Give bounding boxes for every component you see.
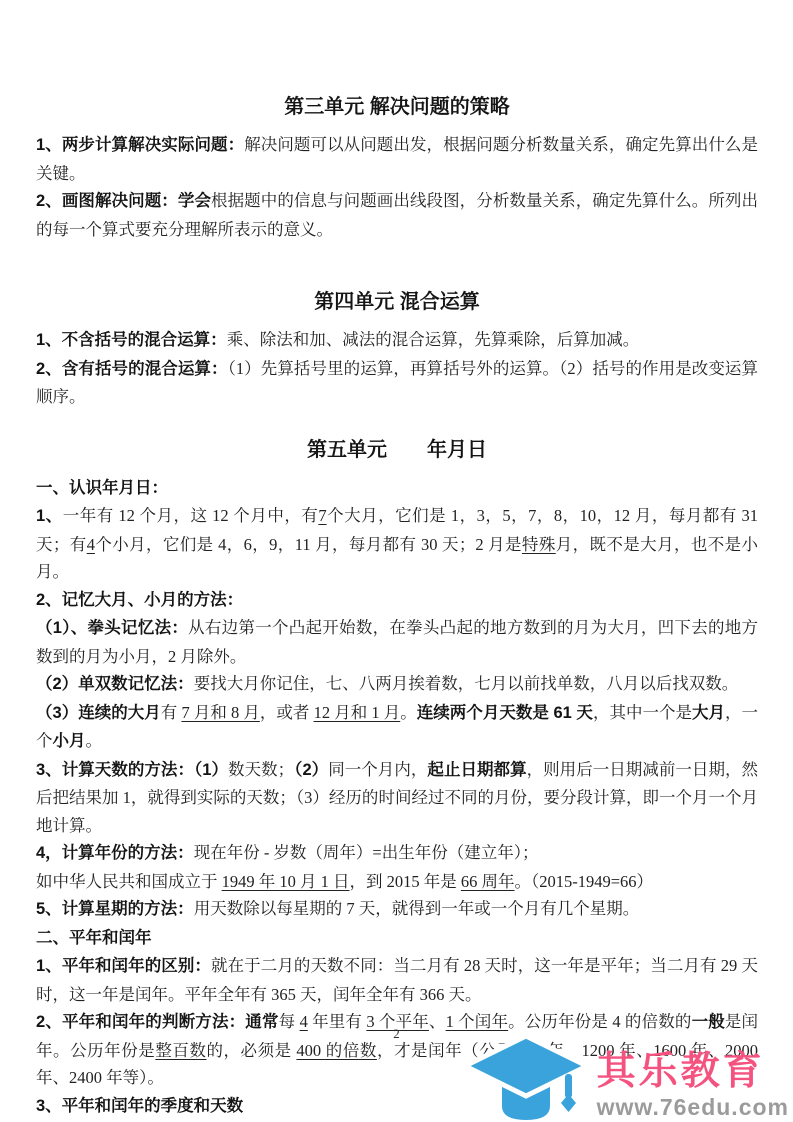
text-run: 同一个月内，	[328, 760, 427, 779]
brand-name: 其乐教育	[597, 1050, 765, 1094]
paragraph: 2、画图解决问题：学会根据题中的信息与问题画出线段图，分析数量关系，确定先算什么…	[36, 187, 758, 243]
paragraph: 1、不含括号的混合运算：乘、除法和加、减法的混合运算，先算乘除，后算加减。	[36, 326, 758, 355]
paragraph: （3）连续的大月有 7 月和 8 月，或者 12 月和 1 月。连续两个月天数是…	[36, 699, 758, 756]
paragraph: 2、记忆大月、小月的方法：	[36, 586, 758, 615]
section-3: 第五单元 年月日一、认识年月日：1、一年有 12 个月，这 12 个月中，有7个…	[36, 437, 758, 1121]
text-run: 如中华人民共和国成立于	[36, 872, 222, 891]
bold-run: （1）	[194, 761, 228, 779]
paragraph: 1、两步计算解决实际问题：解决问题可以从问题出发，根据问题分析数量关系，确定先算…	[36, 131, 758, 187]
section-2: 第四单元 混合运算1、不含括号的混合运算：乘、除法和加、减法的混合运算，先算乘除…	[36, 289, 758, 411]
underline-run: 66 周年	[461, 872, 515, 891]
paragraph: 4，计算年份的方法：现在年份 - 岁数（周年）=出生年份（建立年）；	[36, 839, 758, 868]
underline-run: 4	[87, 535, 95, 554]
paragraph: 2、含有括号的混合运算：（1）先算括号里的运算，再算括号外的运算。（2）括号的作…	[36, 355, 758, 411]
text-run: 。	[86, 731, 103, 750]
bold-run: 1、不含括号的混合运算：	[36, 331, 227, 349]
brand-text: 其乐教育 www.76edu.com	[597, 1050, 789, 1122]
text-run: 有	[161, 703, 182, 722]
bold-run: 起止日期都算	[427, 761, 526, 779]
text-run: ，到 2015 年是	[350, 872, 461, 891]
bold-run: 3、计算天数的方法：	[36, 761, 194, 779]
bold-run: 一、认识年月日：	[36, 479, 168, 497]
bold-run: 5、计算星期的方法：	[36, 900, 194, 918]
paragraph: 3、计算天数的方法：（1）数天数；（2）同一个月内，起止日期都算，则用后一日期减…	[36, 756, 758, 840]
bold-run: 二、平年和闰年	[36, 929, 152, 947]
bold-run: 1、平年和闰年的区别：	[36, 957, 211, 975]
text-run: ，其中一个是	[593, 703, 692, 722]
text-run: 一年有 12 个月，这 12 个月中，有	[63, 506, 319, 525]
text-run: 数天数；	[228, 760, 294, 779]
paragraph: 一、认识年月日：	[36, 474, 758, 503]
text-run: 。	[400, 703, 417, 722]
bold-run: （2）单双数记忆法：	[36, 675, 194, 693]
graduation-cap-icon	[461, 1034, 591, 1122]
bold-run: 大月	[692, 704, 725, 722]
text-run: 乘、除法和加、减法的混合运算，先算乘除，后算加减。	[227, 330, 640, 349]
paragraph: （2）单双数记忆法：要找大月你记住，七、八两月挨着数，七月以前找单数，八月以后找…	[36, 670, 758, 699]
bold-run: （3）连续的大月	[36, 704, 161, 722]
bold-run: 连续两个月天数是 61 天	[417, 704, 593, 722]
underline-run: 7	[318, 506, 326, 525]
bold-run: （2）	[294, 761, 328, 779]
brand-website: www.76edu.com	[597, 1094, 789, 1120]
section-title: 第五单元 年月日	[36, 437, 758, 463]
bold-run: 1、两步计算解决实际问题：	[36, 136, 244, 154]
section-title: 第三单元 解决问题的策略	[36, 94, 758, 120]
bold-run: 2、含有括号的混合运算：	[36, 360, 228, 378]
underline-run: 整百数	[155, 1041, 206, 1060]
section-1: 第三单元 解决问题的策略1、两步计算解决实际问题：解决问题可以从问题出发，根据问…	[36, 94, 758, 243]
text-run: 个小月，它们是 4，6，9，11 月，每月都有 30 天；2 月是	[95, 535, 522, 554]
underline-run: 特殊	[522, 535, 556, 554]
underline-run: 7 月和 8 月	[181, 703, 259, 722]
bold-run: 小月	[53, 732, 86, 750]
bold-run: 1、	[36, 507, 63, 525]
bold-run: 2、画图解决问题：学会	[36, 192, 211, 210]
brand-logo: 其乐教育 www.76edu.com	[461, 1034, 789, 1122]
underline-run: 400 的倍数	[296, 1041, 377, 1060]
underline-run: 1949 年 10 月 1 日	[222, 872, 350, 891]
bold-run: 2、记忆大月、小月的方法：	[36, 591, 243, 609]
section-title: 第四单元 混合运算	[36, 289, 758, 315]
paragraph: 二、平年和闰年	[36, 924, 758, 953]
underline-run: 12 月和 1 月	[314, 703, 401, 722]
document-content: 第三单元 解决问题的策略1、两步计算解决实际问题：解决问题可以从问题出发，根据问…	[36, 94, 758, 1120]
text-run: 用天数除以每星期的 7 天，就得到一年或一个月有几个星期。	[194, 899, 640, 918]
bold-run: 4，计算年份的方法：	[36, 844, 194, 862]
bold-run: （1）、拳头记忆法：	[36, 619, 188, 637]
text-run: ，或者	[260, 703, 314, 722]
paragraph: 1、平年和闰年的区别：就在于二月的天数不同：当二月有 28 天时，这一年是平年；…	[36, 952, 758, 1008]
text-run: 现在年份 - 岁数（周年）=出生年份（建立年）；	[194, 843, 539, 862]
paragraph: 1、一年有 12 个月，这 12 个月中，有7个大月，它们是 1，3，5，7，8…	[36, 502, 758, 586]
paragraph: 5、计算星期的方法：用天数除以每星期的 7 天，就得到一年或一个月有几个星期。	[36, 895, 758, 924]
paragraph: （1）、拳头记忆法：从右边第一个凸起开始数，在拳头凸起的地方数到的月为大月，凹下…	[36, 614, 758, 670]
text-run: 要找大月你记住，七、八两月挨着数，七月以前找单数，八月以后找双数。	[194, 674, 739, 693]
bold-run: 3、平年和闰年的季度和天数	[36, 1097, 243, 1115]
text-run: 。（2015-1949=66）	[515, 872, 654, 891]
text-run: 的，必须是	[206, 1041, 296, 1060]
paragraph: 如中华人民共和国成立于 1949 年 10 月 1 日，到 2015 年是 66…	[36, 868, 758, 896]
